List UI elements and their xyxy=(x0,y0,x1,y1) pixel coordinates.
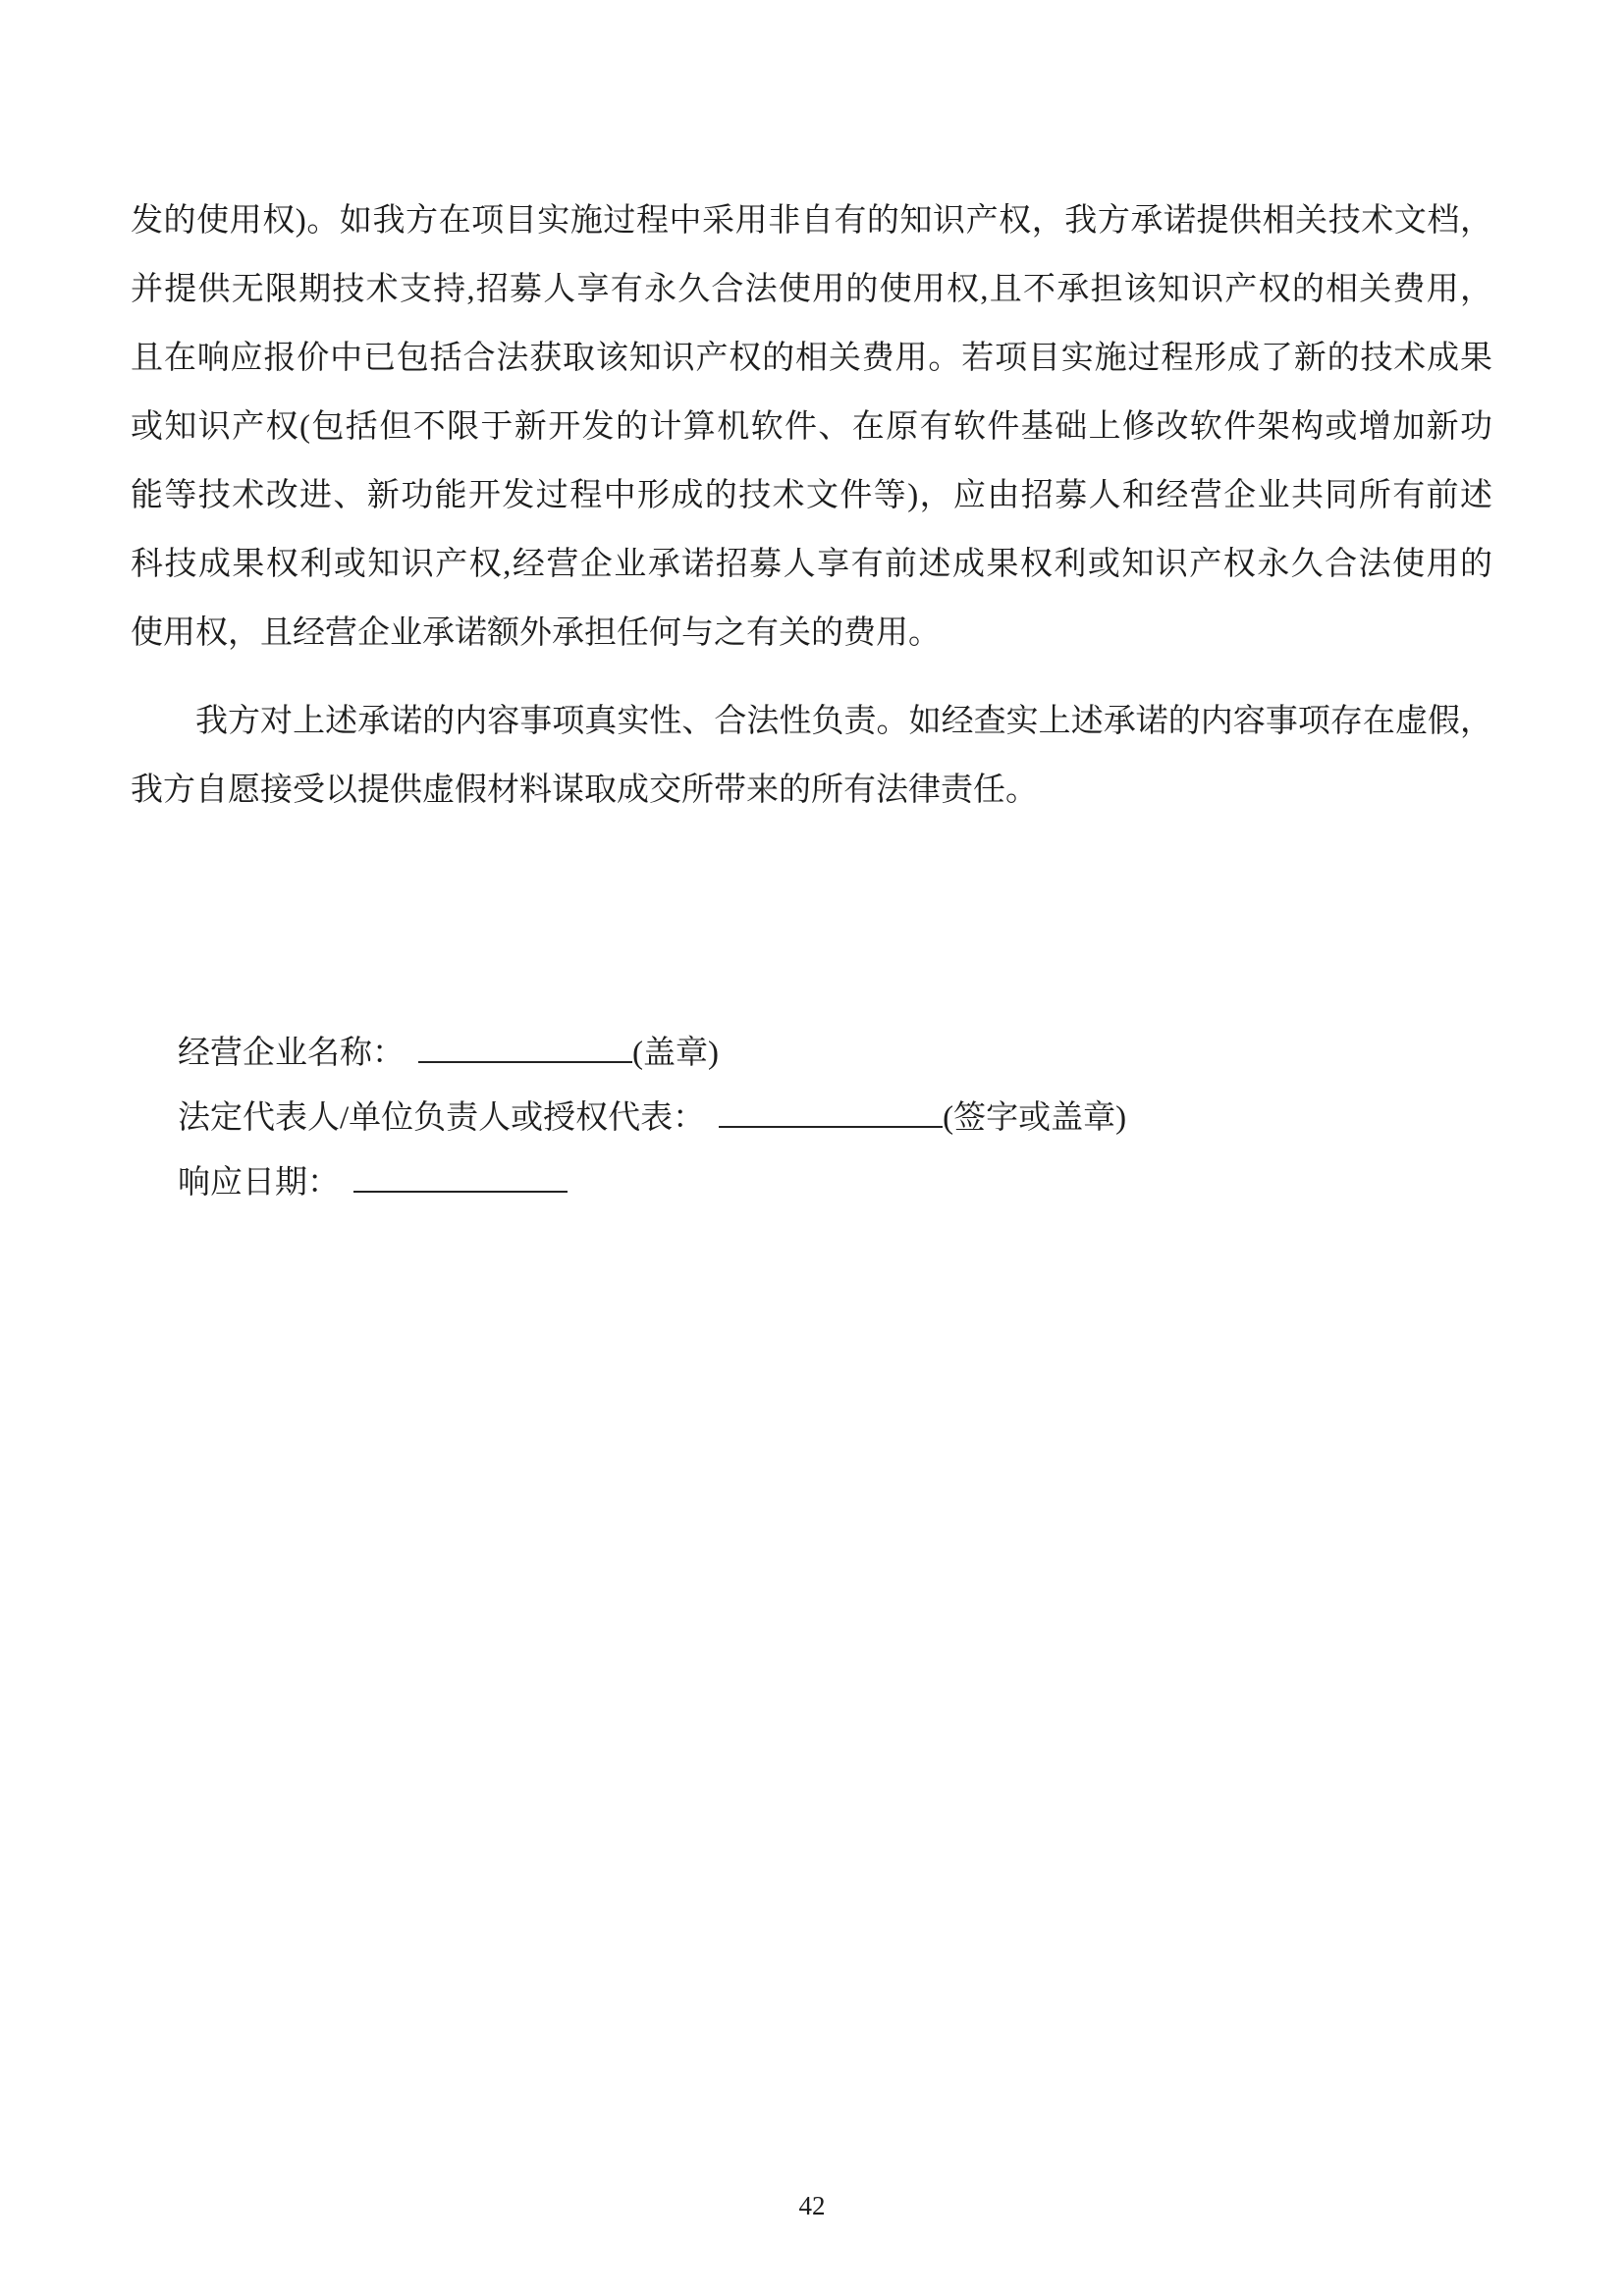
company-name-blank-line xyxy=(418,1028,632,1063)
signature-row-date: 响应日期： xyxy=(178,1150,1492,1215)
document-page: 发的使用权)。如我方在项目实施过程中采用非自有的知识产权，我方承诺提供相关技术文… xyxy=(0,0,1624,2296)
paragraph-line: 并提供无限期技术支持,招募人享有永久合法使用的使用权,且不承担该知识产权的相关费… xyxy=(131,255,1492,324)
paragraph-line: 科技成果权利或知识产权,经营企业承诺招募人享有前述成果权利或知识产权永久合法使用… xyxy=(131,530,1492,599)
paragraph-truthfulness-statement: 我方对上述承诺的内容事项真实性、合法性负责。如经查实上述承诺的内容事项存在虚假，… xyxy=(131,687,1492,825)
paragraph-line: 能等技术改进、新功能开发过程中形成的技术文件等)，应由招募人和经营企业共同所有前… xyxy=(131,461,1492,530)
paragraph-line: 我方自愿接受以提供虚假材料谋取成交所带来的所有法律责任。 xyxy=(131,756,1492,825)
representative-label: 法定代表人/单位负责人或授权代表： xyxy=(178,1100,705,1136)
document-content: 发的使用权)。如我方在项目实施过程中采用非自有的知识产权，我方承诺提供相关技术文… xyxy=(131,187,1492,1215)
paragraph-line: 发的使用权)。如我方在项目实施过程中采用非自有的知识产权，我方承诺提供相关技术文… xyxy=(131,187,1492,255)
signature-block: 经营企业名称：(盖章) 法定代表人/单位负责人或授权代表：(签字或盖章) 响应日… xyxy=(178,1021,1492,1215)
signature-row-representative: 法定代表人/单位负责人或授权代表：(签字或盖章) xyxy=(178,1086,1492,1150)
representative-sign-note: (签字或盖章) xyxy=(943,1100,1126,1136)
response-date-blank-line xyxy=(353,1157,568,1193)
paragraph-line: 或知识产权(包括但不限于新开发的计算机软件、在原有软件基础上修改软件架构或增加新… xyxy=(131,393,1492,461)
representative-blank-line xyxy=(719,1093,943,1128)
paragraph-ip-commitment: 发的使用权)。如我方在项目实施过程中采用非自有的知识产权，我方承诺提供相关技术文… xyxy=(131,187,1492,667)
signature-row-company: 经营企业名称：(盖章) xyxy=(178,1021,1492,1086)
response-date-label: 响应日期： xyxy=(178,1165,340,1201)
paragraph-line: 我方对上述承诺的内容事项真实性、合法性负责。如经查实上述承诺的内容事项存在虚假， xyxy=(131,687,1492,756)
paragraph-line: 且在响应报价中已包括合法获取该知识产权的相关费用。若项目实施过程形成了新的技术成… xyxy=(131,324,1492,393)
company-name-label: 经营企业名称： xyxy=(178,1036,405,1071)
page-number: 42 xyxy=(0,2191,1624,2221)
paragraph-line: 使用权，且经营企业承诺额外承担任何与之有关的费用。 xyxy=(131,599,1492,667)
company-seal-note: (盖章) xyxy=(632,1036,719,1071)
